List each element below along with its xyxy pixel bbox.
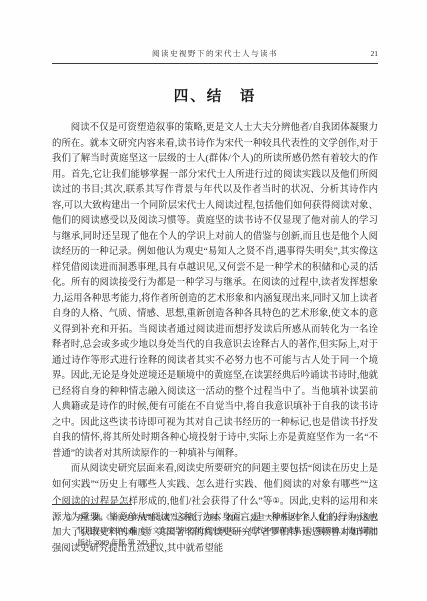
footnote-1: ① 李仁渊:《阅读史的课题与观点:实践、过程、效应》,复旦大学历史学系、复旦大学…: [52, 512, 378, 550]
footnote-area: ① 李仁渊:《阅读史的课题与观点:实践、过程、效应》,复旦大学历史学系、复旦大学…: [52, 504, 378, 550]
section-title: 四、结 语: [52, 85, 378, 106]
running-title: 阅读史视野下的宋代士人与读书: [152, 49, 278, 58]
footnote-text: 李仁渊:《阅读史的课题与观点:实践、过程、效应》,复旦大学历史学系、复旦大学中外…: [78, 512, 378, 550]
footnote-marker: ①: [66, 512, 73, 550]
paragraph-1: 阅读不仅是可资塑造叙事的策略,更是文人士大夫分辨他者/自我团体凝聚力的所在。就本…: [52, 121, 378, 462]
footnote-rule: [52, 504, 132, 505]
header-rule: [52, 63, 378, 64]
book-page: 阅读史视野下的宋代士人与读书 21 四、结 语 阅读不仅是可资塑造叙事的策略,更…: [0, 0, 427, 601]
page-number: 21: [371, 49, 379, 59]
running-header: 阅读史视野下的宋代士人与读书 21: [52, 49, 378, 59]
